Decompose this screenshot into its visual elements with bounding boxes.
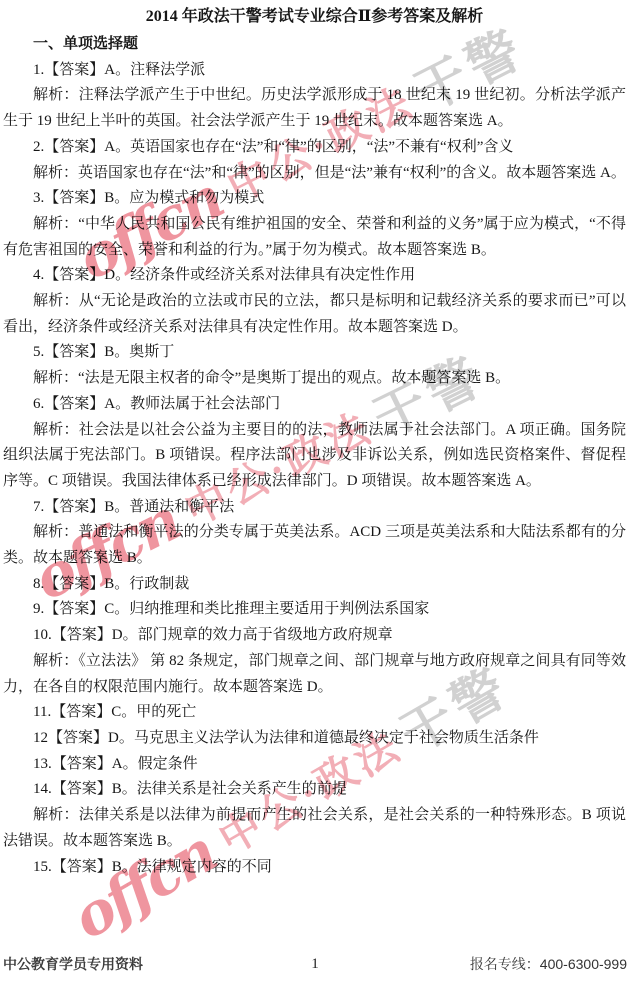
qa-item-14: 14.【答案】B。法律关系是社会关系产生的前提 解析：法律关系是以法律为前提而产…	[3, 777, 626, 854]
analysis-paragraph: 解析：社会法是以社会公益为主要目的的法，教师法属于社会法部门。A 项正确。国务院…	[3, 418, 626, 495]
footer-hotline: 报名专线：400-6300-999	[319, 954, 627, 974]
answer-line: 2.【答案】A。英语国家也存在“法”和“律”的区别，“法”不兼有“权利”含义	[3, 135, 626, 161]
document-page: offcn 中公·政法 干警 offcn 中公·政法 干警 offcn 中公·政…	[0, 0, 631, 985]
analysis-paragraph: 解析：法律关系是以法律为前提而产生的社会关系，是社会关系的一种特殊形态。B 项说…	[3, 803, 626, 854]
answer-line: 9.【答案】C。归纳推理和类比推理主要适用于判例法系国家	[3, 597, 626, 623]
qa-item-15: 15.【答案】B。法律规定内容的不同	[3, 855, 626, 881]
analysis-paragraph: 解析：英语国家也存在“法”和“律”的区别，但是“法”兼有“权利”的含义。故本题答…	[3, 161, 626, 187]
qa-item-3: 3.【答案】B。应为模式和勿为模式 解析：“中华人民共和国公民有维护祖国的安全、…	[3, 186, 626, 263]
qa-item-5: 5.【答案】B。奥斯丁 解析：“法是无限主权者的命令”是奥斯丁提出的观点。故本题…	[3, 340, 626, 391]
qa-item-13: 13.【答案】A。假定条件	[3, 752, 626, 778]
analysis-paragraph: 解析：“中华人民共和国公民有维护祖国的安全、荣誉和利益的义务”属于应为模式，“不…	[3, 212, 626, 263]
qa-item-10: 10.【答案】D。部门规章的效力高于省级地方政府规章 解析：《立法法》 第 82…	[3, 623, 626, 700]
answer-line: 8.【答案】B。行政制裁	[3, 572, 626, 598]
qa-item-12: 12【答案】D。马克思主义法学认为法律和道德最终决定于社会物质生活条件	[3, 726, 626, 752]
footer-source-label: 中公教育学员专用资料	[3, 954, 311, 974]
answer-line: 3.【答案】B。应为模式和勿为模式	[3, 186, 626, 212]
page-title: 2014 年政法干警考试专业综合Ⅱ参考答案及解析	[3, 6, 626, 28]
qa-item-8: 8.【答案】B。行政制裁	[3, 572, 626, 598]
page-footer: 中公教育学员专用资料 1 报名专线：400-6300-999	[0, 954, 631, 974]
answer-line: 10.【答案】D。部门规章的效力高于省级地方政府规章	[3, 623, 626, 649]
section-heading: 一、单项选择题	[3, 32, 626, 58]
answer-line: 4.【答案】D。经济条件或经济关系对法律具有决定性作用	[3, 263, 626, 289]
analysis-paragraph: 解析：“法是无限主权者的命令”是奥斯丁提出的观点。故本题答案选 B。	[3, 366, 626, 392]
qa-item-1: 1.【答案】A。注释法学派 解析：注释法学派产生于中世纪。历史法学派形成于 18…	[3, 58, 626, 135]
qa-item-6: 6.【答案】A。教师法属于社会法部门 解析：社会法是以社会公益为主要目的的法，教…	[3, 392, 626, 495]
analysis-paragraph: 解析：注释法学派产生于中世纪。历史法学派形成于 18 世纪末 19 世纪初。分析…	[3, 83, 626, 134]
qa-item-4: 4.【答案】D。经济条件或经济关系对法律具有决定性作用 解析：从“无论是政治的立…	[3, 263, 626, 340]
answer-line: 14.【答案】B。法律关系是社会关系产生的前提	[3, 777, 626, 803]
document-content: 2014 年政法干警考试专业综合Ⅱ参考答案及解析 一、单项选择题 1.【答案】A…	[0, 0, 631, 880]
answer-line: 11.【答案】C。甲的死亡	[3, 700, 626, 726]
answer-line: 12【答案】D。马克思主义法学认为法律和道德最终决定于社会物质生活条件	[3, 726, 626, 752]
analysis-paragraph: 解析：《立法法》 第 82 条规定，部门规章之间、部门规章与地方政府规章之间具有…	[3, 649, 626, 700]
answer-line: 1.【答案】A。注释法学派	[3, 58, 626, 84]
qa-item-9: 9.【答案】C。归纳推理和类比推理主要适用于判例法系国家	[3, 597, 626, 623]
analysis-paragraph: 解析：从“无论是政治的立法或市民的立法，都只是标明和记载经济关系的要求而已”可以…	[3, 289, 626, 340]
answer-line: 13.【答案】A。假定条件	[3, 752, 626, 778]
answer-line: 5.【答案】B。奥斯丁	[3, 340, 626, 366]
answer-line: 6.【答案】A。教师法属于社会法部门	[3, 392, 626, 418]
analysis-paragraph: 解析：普通法和衡平法的分类专属于英美法系。ACD 三项是英美法系和大陆法系都有的…	[3, 520, 626, 571]
qa-item-2: 2.【答案】A。英语国家也存在“法”和“律”的区别，“法”不兼有“权利”含义 解…	[3, 135, 626, 186]
page-number: 1	[311, 956, 319, 973]
answer-line: 15.【答案】B。法律规定内容的不同	[3, 855, 626, 881]
qa-item-7: 7.【答案】B。普通法和衡平法 解析：普通法和衡平法的分类专属于英美法系。ACD…	[3, 495, 626, 572]
qa-item-11: 11.【答案】C。甲的死亡	[3, 700, 626, 726]
answer-line: 7.【答案】B。普通法和衡平法	[3, 495, 626, 521]
